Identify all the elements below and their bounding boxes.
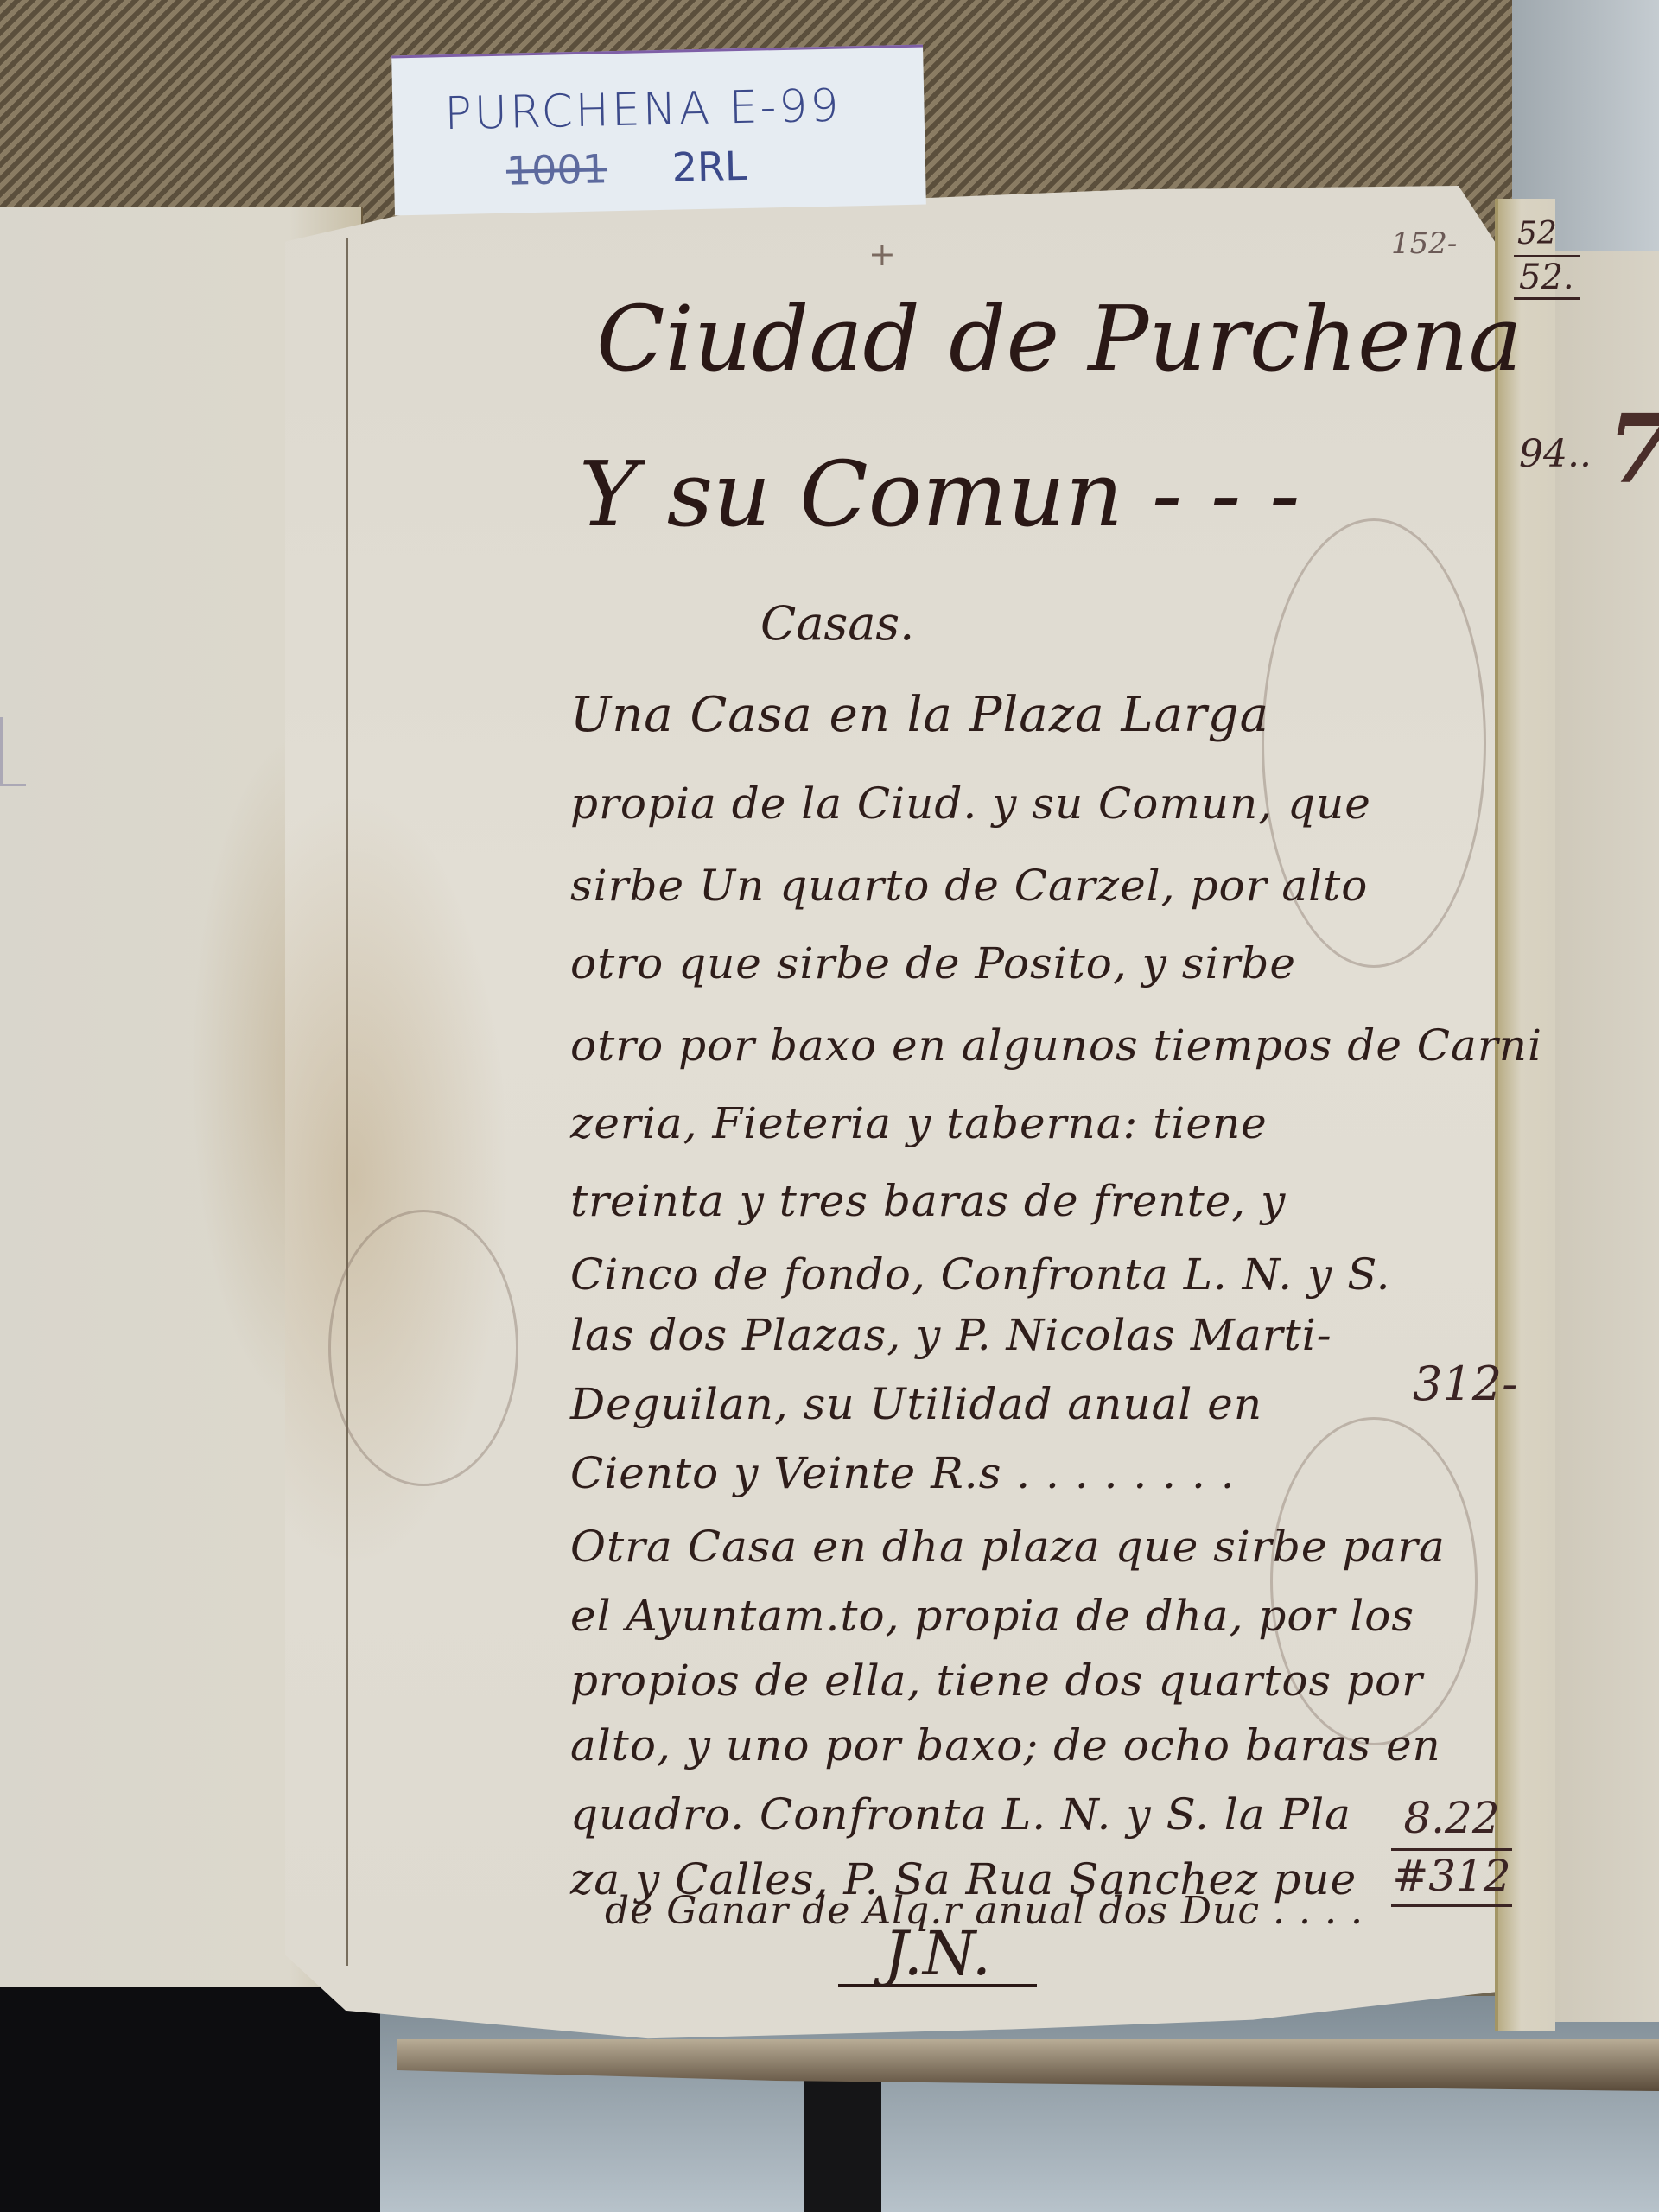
manuscript-title-line-2: Y su Comun - - - [579,449,1300,539]
manuscript-line: propios de ella, tiene dos quartos por [570,1659,1244,1702]
manuscript-line: las dos Plazas, y P. Nicolas Marti- [570,1313,1244,1357]
fraction-denominator: #312 [1391,1851,1512,1907]
manuscript-line: treinta y tres baras de frente, y [570,1179,1244,1223]
manuscript-line: Cinco de fondo, Confronta L. N. y S. [570,1253,1244,1296]
edge-large-number: 7 [1607,393,1659,505]
notary-rubric: J.N. [838,1927,1037,1987]
manuscript-line: propia de la Ciud. y su Comun, que [570,782,1244,825]
manuscript-line: otro que sirbe de Posito, y sirbe [570,942,1244,985]
dark-stand-left [0,1953,380,2212]
archive-label-slip: PURCHENA E-99 1001 2RL [391,45,926,216]
manuscript-line: sirbe Un quarto de Carzel, por alto [570,864,1244,907]
side-margin-number: 312- [1413,1357,1517,1411]
tab-number-lower: 94.. [1519,432,1592,476]
manuscript-line: alto, y uno por baxo; de ocho baras en [570,1724,1244,1767]
label-code: 2RL [671,143,747,191]
gutter-line [346,238,348,1966]
folio-number-top: 152- [1391,226,1457,261]
left-margin-mark [0,717,26,786]
fraction-numerator: 8.22 [1391,1793,1512,1851]
bleed-through-drawing [328,1210,518,1486]
manuscript-line: el Ayuntam.to, propia de dha, por los [570,1594,1244,1637]
manuscript-line: Ciento y Veinte R.s . . . . . . . . [570,1452,1244,1495]
tab-number-top: 52 [1517,216,1557,251]
manuscript-title-line-1: Ciudad de Purchena [596,294,1522,384]
manuscript-line: otro por baxo en algunos tiempos de Carn… [570,1024,1244,1067]
cross-mark: + [868,235,896,273]
tab-number-boxed: 52. [1514,255,1580,300]
label-line-1: PURCHENA E-99 [444,79,890,140]
manuscript-line: quadro. Confronta L. N. y S. la Pla [570,1793,1244,1836]
manuscript-line: Deguilan, su Utilidad anual en [570,1382,1244,1426]
label-line-2: 1001 2RL [445,139,891,195]
manuscript-line: Otra Casa en dha plaza que sirbe para [570,1525,1244,1568]
section-heading: Casas. [760,596,914,651]
manuscript-line: Una Casa en la Plaza Larga [570,691,1244,740]
manuscript-line: zeria, Fieteria y taberna: tiene [570,1102,1244,1145]
margin-fraction: 8.22 #312 [1391,1793,1512,1907]
right-page-stack [1555,251,1659,2022]
label-struck-code: 1001 [505,145,607,194]
